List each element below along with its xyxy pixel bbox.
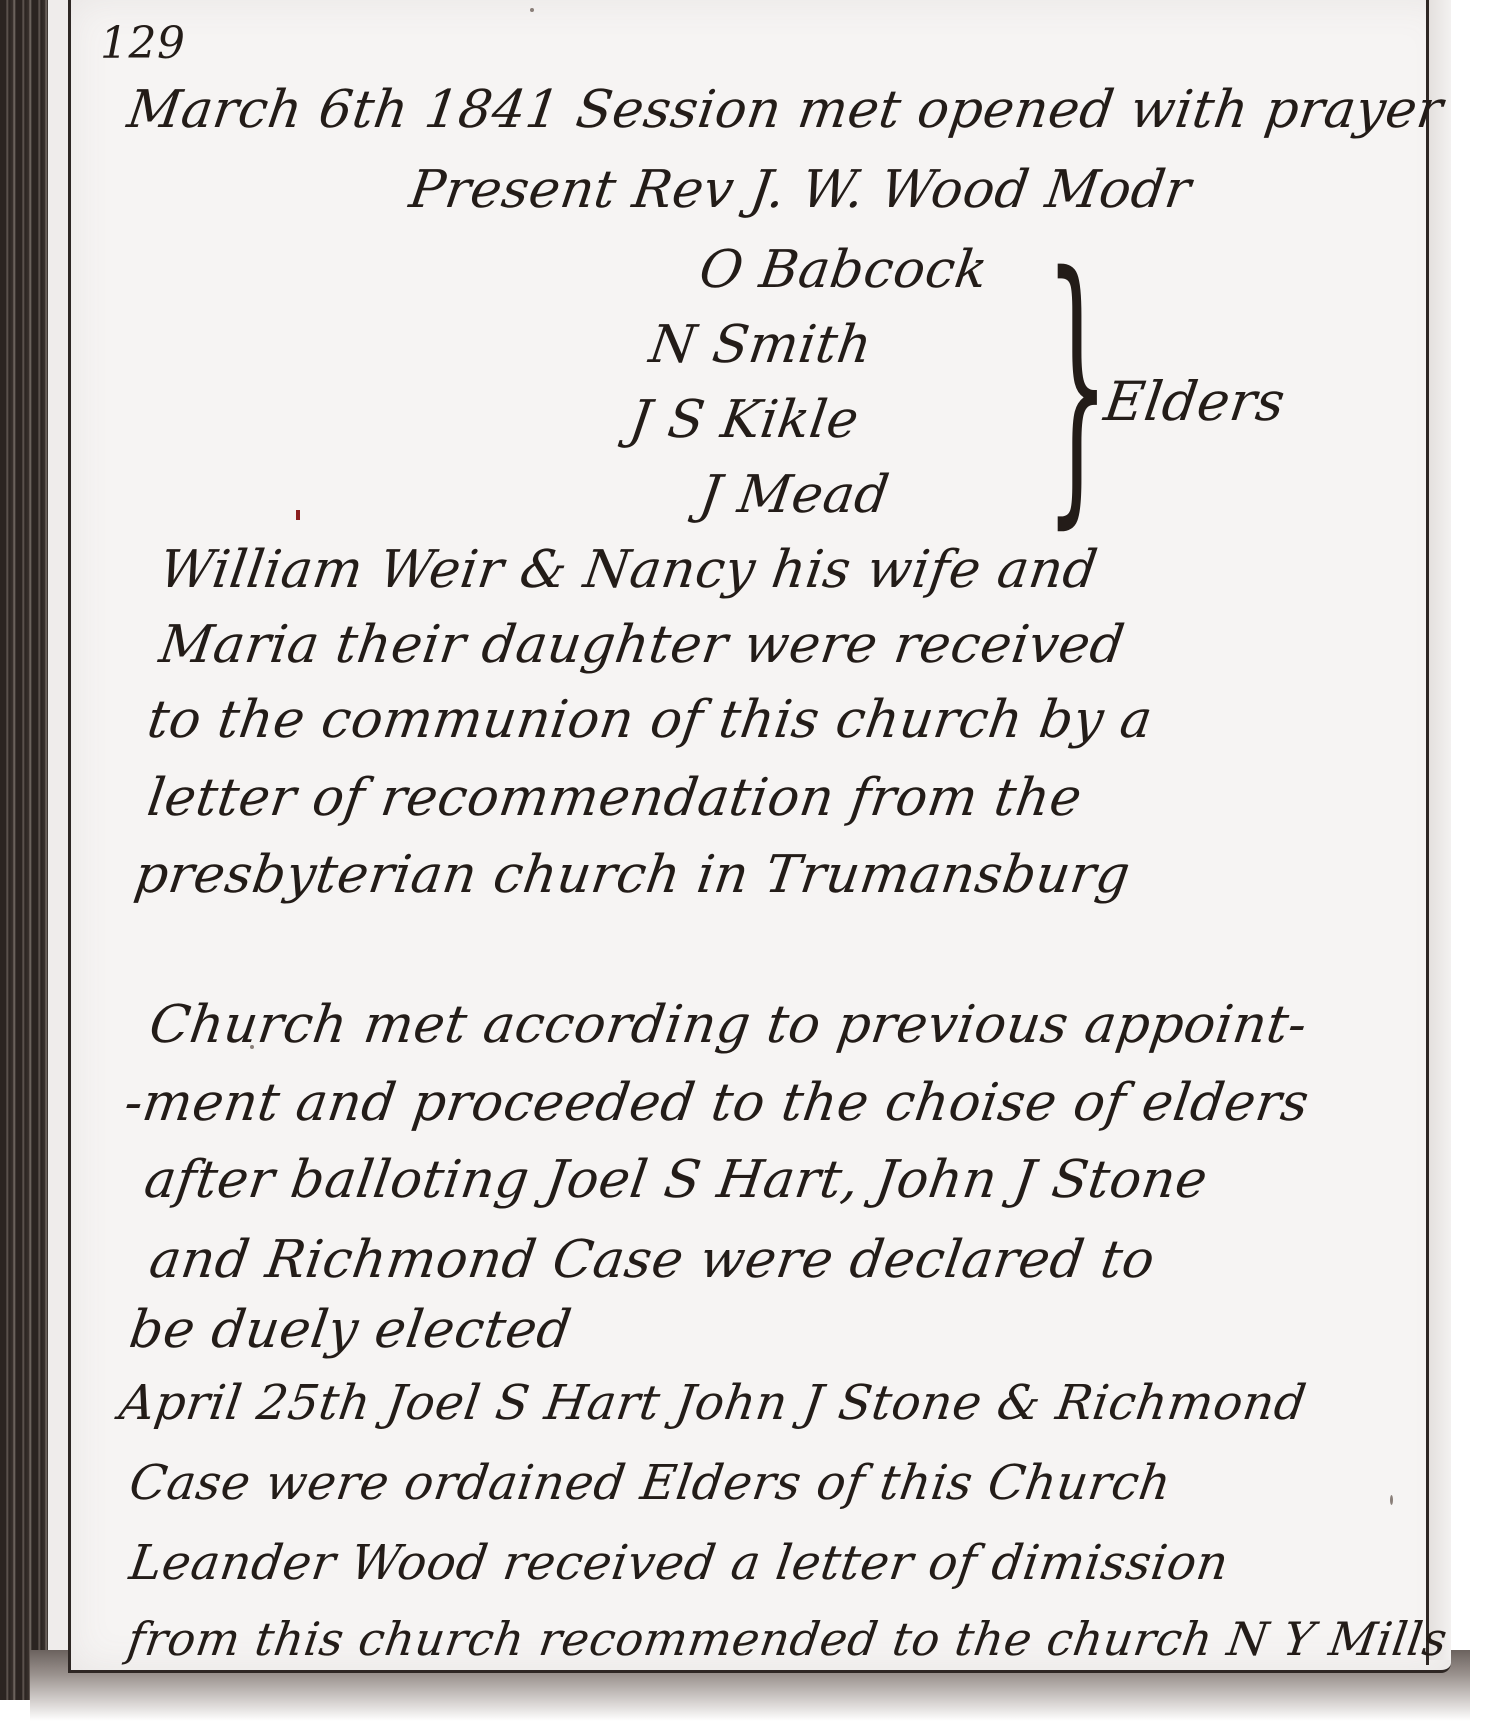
paper-speck bbox=[1390, 1495, 1393, 1505]
page-right-margin bbox=[1429, 0, 1451, 1660]
text-line: and Richmond Case were declared to bbox=[146, 1230, 1159, 1290]
text-line: from this church recommended to the chur… bbox=[124, 1612, 1451, 1666]
text-line: after balloting Joel S Hart, John J Ston… bbox=[141, 1150, 1211, 1210]
text-line: presbyterian church in Trumansburg bbox=[131, 845, 1134, 905]
scanned-book-page: 129 March 6th 1841 Session met opened wi… bbox=[0, 0, 1501, 1721]
elder-name: J S Kikle bbox=[626, 390, 863, 450]
text-line: William Weir & Nancy his wife and bbox=[156, 540, 1101, 600]
text-line: letter of recommendation from the bbox=[144, 768, 1086, 828]
paper-speck bbox=[530, 8, 534, 12]
text-line: be duely elected bbox=[126, 1300, 575, 1360]
elder-name: N Smith bbox=[646, 315, 876, 375]
text-line: Leander Wood received a letter of dimiss… bbox=[126, 1535, 1232, 1591]
elder-name: O Babcock bbox=[696, 240, 992, 300]
entry-heading: March 6th 1841 Session met opened with p… bbox=[124, 80, 1447, 140]
red-ink-mark bbox=[296, 510, 300, 520]
text-line: to the communion of this church by a bbox=[144, 690, 1156, 750]
page-number: 129 bbox=[100, 18, 185, 69]
elder-name: J Mead bbox=[696, 465, 893, 525]
elders-label: Elders bbox=[1101, 370, 1290, 433]
text-line: -ment and proceeded to the choise of eld… bbox=[121, 1073, 1313, 1133]
text-line: Maria their daughter were received bbox=[156, 615, 1129, 675]
text-line: April 25th Joel S Hart John J Stone & Ri… bbox=[116, 1375, 1310, 1431]
present-moderator-line: Present Rev J. W. Wood Modr bbox=[406, 160, 1195, 220]
book-page-edge-highlight bbox=[48, 0, 68, 1690]
curly-brace-icon: } bbox=[1045, 240, 1059, 530]
text-line: Church met according to previous appoint… bbox=[146, 995, 1311, 1055]
text-line: Case were ordained Elders of this Church bbox=[126, 1455, 1174, 1511]
